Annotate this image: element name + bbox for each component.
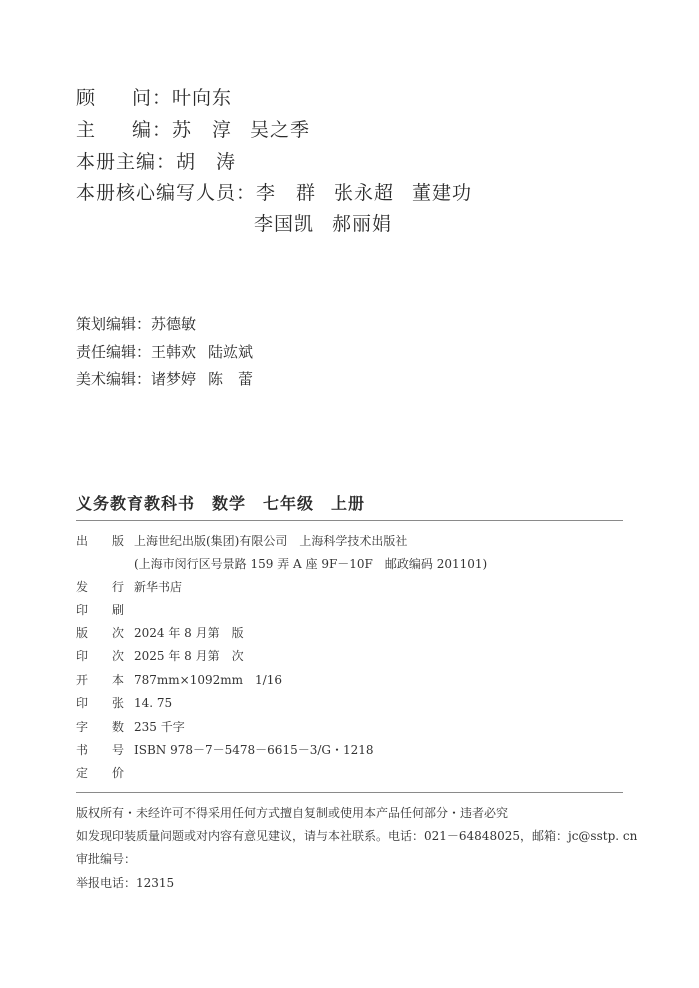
info-label-b: 次 xyxy=(112,626,134,641)
title-divider xyxy=(76,520,623,521)
info-row-wordcount: 字数235 千字 xyxy=(76,720,185,735)
chief-label-a: 主 xyxy=(76,119,132,141)
footer-divider xyxy=(76,792,623,793)
info-label-a: 书 xyxy=(76,743,112,758)
info-label-b: 本 xyxy=(112,673,134,688)
volume-editor-line: 本册主编：胡 涛 xyxy=(76,151,236,173)
info-label-b: 刷 xyxy=(112,603,134,618)
info-row-distributor: 发行新华书店 xyxy=(76,580,182,595)
chief-editors-line: 主编：苏 淳吴之季 xyxy=(76,119,310,141)
core-writer-2: 张永超 xyxy=(334,182,394,204)
info-label-b: 行 xyxy=(112,580,134,595)
info-label-a: 出 xyxy=(76,534,112,549)
responsible-editor-line: 责任编辑：王韩欢陆竑斌 xyxy=(76,343,253,361)
info-label-a: 印 xyxy=(76,696,112,711)
info-label-b: 次 xyxy=(112,649,134,664)
info-row-isbn: 书号ISBN 978－7－5478－6615－3/G・1218 xyxy=(76,743,374,758)
book-title: 义务教育教科书 数学 七年级 上册 xyxy=(76,494,365,514)
info-row-publisher: 出版上海世纪出版(集团)有限公司 上海科学技术出版社 xyxy=(76,534,407,549)
core-writer-4: 李国凯 xyxy=(254,213,314,235)
info-label-a: 发 xyxy=(76,580,112,595)
responsible-editor-label: 责任编辑： xyxy=(76,343,151,361)
info-row-sheets: 印张14. 75 xyxy=(76,696,172,711)
advisor-label-a: 顾 xyxy=(76,87,132,109)
responsible-editor-1: 王韩欢 xyxy=(151,343,196,361)
art-editor-label: 美术编辑： xyxy=(76,370,151,388)
info-label-a: 定 xyxy=(76,766,112,781)
copyright-notice: 版权所有・未经许可不得采用任何方式擅自复制或使用本产品任何部分・违者必究 xyxy=(76,806,508,821)
chief-name-2: 吴之季 xyxy=(250,119,310,141)
info-value: (上海市闵行区号景路 159 弄 A 座 9F－10F 邮政编码 201101) xyxy=(134,557,487,571)
planning-editor-line: 策划编辑：苏德敏 xyxy=(76,315,196,333)
info-label-b: 张 xyxy=(112,696,134,711)
core-writer-1: 李 群 xyxy=(256,182,316,204)
info-label-a: 印 xyxy=(76,649,112,664)
volume-editor-label: 本册主编： xyxy=(76,151,176,173)
info-value: 2024 年 8 月第 版 xyxy=(134,626,244,640)
info-label-b: 价 xyxy=(112,766,134,781)
info-label-a: 印 xyxy=(76,603,112,618)
info-row-address: (上海市闵行区号景路 159 弄 A 座 9F－10F 邮政编码 201101) xyxy=(76,557,487,572)
core-writers-line-2: 李国凯郝丽娟 xyxy=(254,213,392,235)
core-writers-line: 本册核心编写人员：李 群张永超董建功 xyxy=(76,182,472,204)
info-value: 上海世纪出版(集团)有限公司 上海科学技术出版社 xyxy=(134,534,407,548)
info-value: 新华书店 xyxy=(134,580,182,594)
art-editor-2: 陈 蕾 xyxy=(208,370,253,388)
approval-number: 审批编号： xyxy=(76,852,136,867)
core-writers-label: 本册核心编写人员： xyxy=(76,182,256,204)
advisor-line: 顾问：叶向东 xyxy=(76,87,232,109)
info-value: 14. 75 xyxy=(134,696,172,710)
info-label-b: 数 xyxy=(112,720,134,735)
info-row-edition: 版次2024 年 8 月第 版 xyxy=(76,626,244,641)
advisor-value: 叶向东 xyxy=(172,87,232,109)
planning-editor-label: 策划编辑： xyxy=(76,315,151,333)
info-label-b: 号 xyxy=(112,743,134,758)
planning-editor-value: 苏德敏 xyxy=(151,315,196,333)
core-writer-3: 董建功 xyxy=(412,182,472,204)
info-label-b: 版 xyxy=(112,534,134,549)
responsible-editor-2: 陆竑斌 xyxy=(208,343,253,361)
info-row-printer: 印刷 xyxy=(76,603,134,618)
info-value: 787mm×1092mm 1/16 xyxy=(134,673,282,687)
info-value: 2025 年 8 月第 次 xyxy=(134,649,244,663)
report-hotline: 举报电话：12315 xyxy=(76,876,174,891)
info-label-a: 字 xyxy=(76,720,112,735)
core-writer-5: 郝丽娟 xyxy=(332,213,392,235)
info-value: 235 千字 xyxy=(134,720,185,734)
info-value: ISBN 978－7－5478－6615－3/G・1218 xyxy=(134,743,374,757)
info-row-format: 开本787mm×1092mm 1/16 xyxy=(76,673,282,688)
info-label-a: 版 xyxy=(76,626,112,641)
info-row-price: 定价 xyxy=(76,766,134,781)
volume-editor-value: 胡 涛 xyxy=(176,151,236,173)
art-editor-line: 美术编辑：诸梦婷陈 蕾 xyxy=(76,370,253,388)
advisor-label-b: 问： xyxy=(132,87,172,109)
contact-notice: 如发现印装质量问题或对内容有意见建议，请与本社联系。电话：021－6484802… xyxy=(76,829,637,844)
info-label-a: 开 xyxy=(76,673,112,688)
chief-name-1: 苏 淳 xyxy=(172,119,232,141)
art-editor-1: 诸梦婷 xyxy=(151,370,196,388)
chief-label-b: 编： xyxy=(132,119,172,141)
info-row-printing: 印次2025 年 8 月第 次 xyxy=(76,649,244,664)
